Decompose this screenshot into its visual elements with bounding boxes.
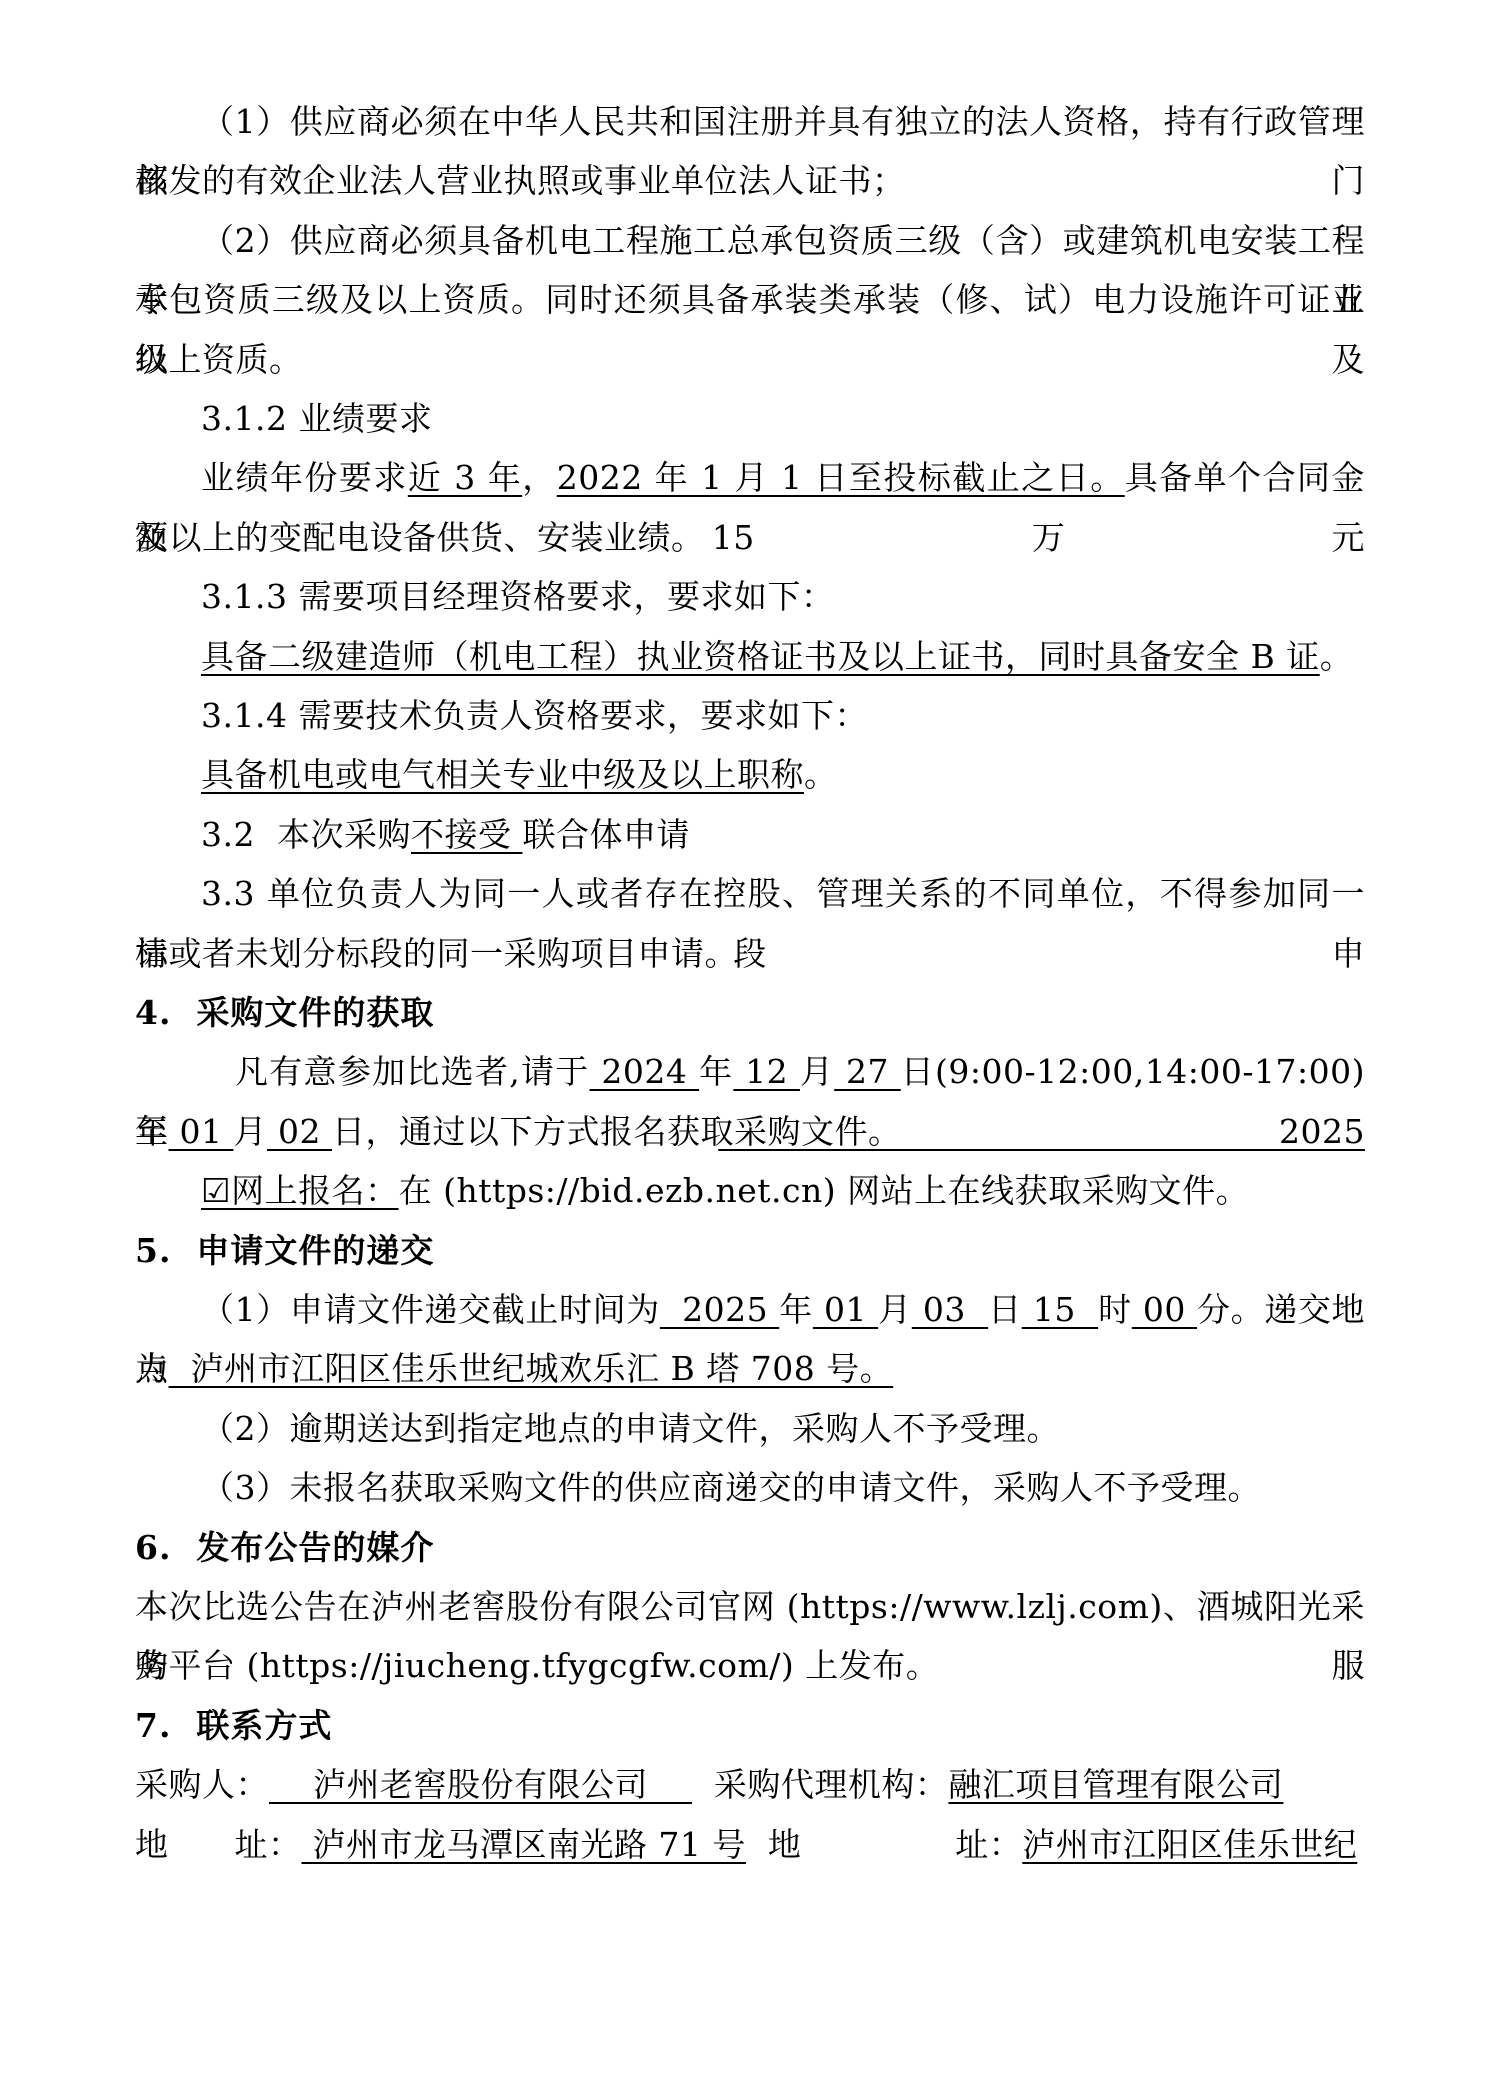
text-run: 。 bbox=[1320, 637, 1354, 676]
text-run: 及以上的变配电设备供货、安装业绩。 bbox=[135, 518, 705, 557]
text-run: 6. 发布公告的媒介 bbox=[135, 1528, 434, 1567]
text-run: 日 bbox=[988, 1290, 1022, 1329]
underlined-text: 近 3 年 bbox=[408, 458, 522, 497]
underlined-text: 泸州市江阳区佳乐世纪城欢乐汇 B 塔 708 号。 bbox=[169, 1349, 894, 1388]
underlined-text: 01 bbox=[813, 1290, 878, 1329]
heading-3-1-2: 3.1.2 业绩要求 bbox=[135, 389, 1365, 449]
text-run bbox=[692, 1765, 714, 1804]
underlined-text: 15 bbox=[1022, 1290, 1098, 1329]
para-supplier-qualification-2-cont: 承包资质三级及以上资质。同时还须具备承装类承装（修、试）电力设施许可证五级及 bbox=[135, 270, 1365, 330]
text-run: 5. 申请文件的递交 bbox=[135, 1231, 434, 1270]
para-announcement-platforms-cont: 务平台 (https://jiucheng.tfygcgfw.com/) 上发布… bbox=[135, 1636, 1365, 1696]
text-run: 。 bbox=[804, 755, 838, 794]
row-purchaser-and-agent: 采购人： 泸州老窖股份有限公司 采购代理机构：融汇项目管理有限公司 bbox=[135, 1755, 1365, 1815]
heading-6-announcement-media: 6. 发布公告的媒介 bbox=[135, 1518, 1365, 1578]
underlined-text: 01 bbox=[169, 1112, 234, 1151]
text-run: 业绩年份要求 bbox=[201, 458, 408, 497]
text-run: 7. 联系方式 bbox=[135, 1706, 332, 1745]
text-run: 时 bbox=[1098, 1290, 1132, 1329]
underlined-text: 03 bbox=[912, 1290, 988, 1329]
underlined-text: 不接受 bbox=[411, 815, 523, 854]
text-run: 3.1.3 需要项目经理资格要求，要求如下： bbox=[201, 577, 834, 616]
para-submission-deadline-cont: 为 泸州市江阳区佳乐世纪城欢乐汇 B 塔 708 号。 bbox=[135, 1339, 1365, 1399]
para-unregistered-rejection: （3）未报名获取采购文件的供应商递交的申请文件，采购人不予受理。 bbox=[135, 1458, 1365, 1518]
text-run: 采购代理机构： bbox=[714, 1765, 949, 1804]
para-supplier-qualification-2-cont2: 以上资质。 bbox=[135, 330, 1365, 390]
text-run: 3.1.4 需要技术负责人资格要求，要求如下： bbox=[201, 696, 868, 735]
clause-3-3-same-entity-cont: 请或者未划分标段的同一采购项目申请。 bbox=[135, 924, 1365, 984]
text-run: 月 bbox=[878, 1290, 912, 1329]
underlined-text: 具备机电或电气相关专业中级及以上职称 bbox=[201, 755, 804, 794]
text-run: 地 址： bbox=[135, 1825, 301, 1864]
para-performance-requirement: 业绩年份要求近 3 年，2022 年 1 月 1 日至投标截止之日。具备单个合同… bbox=[135, 448, 1365, 508]
document-page: （1）供应商必须在中华人民共和国注册并具有独立的法人资格，持有行政管理部门核发的… bbox=[0, 0, 1500, 2085]
para-supplier-qualification-2: （2）供应商必须具备机电工程施工总承包资质三级（含）或建筑机电安装工程专业 bbox=[135, 211, 1365, 271]
para-submission-deadline: （1）申请文件递交截止时间为 2025 年 01 月 03 日 15 时 00 … bbox=[135, 1280, 1365, 1340]
para-registration-period-cont: 年 01 月 02 日，通过以下方式报名获取采购文件。 bbox=[135, 1102, 1365, 1162]
clause-3-2-no-consortium: 3.2 本次采购不接受 联合体申请 bbox=[135, 805, 1365, 865]
para-overdue-rejection: （2）逾期送达到指定地点的申请文件，采购人不予受理。 bbox=[135, 1399, 1365, 1459]
text-run: 以上资质。 bbox=[135, 340, 303, 379]
underlined-text: 泸州市龙马潭区南光路 71 号 bbox=[301, 1825, 745, 1864]
text-run: 年 bbox=[779, 1290, 813, 1329]
underlined-text: 泸州老窖股份有限公司 bbox=[269, 1765, 692, 1804]
text-run: 联合体申请 bbox=[522, 815, 690, 854]
text-run: 在 (https://bid.ezb.net.cn) 网站上在线获取采购文件。 bbox=[399, 1171, 1250, 1210]
para-announcement-platforms: 本次比选公告在泸州老窖股份有限公司官网 (https://www.lzlj.co… bbox=[135, 1577, 1365, 1637]
para-project-manager-requirement: 具备二级建造师（机电工程）执业资格证书及以上证书，同时具备安全 B 证。 bbox=[135, 627, 1365, 687]
text-run: 请或者未划分标段的同一采购项目申请。 bbox=[135, 934, 738, 973]
text-run: 务平台 (https://jiucheng.tfygcgfw.com/) 上发布… bbox=[135, 1646, 939, 1685]
underlined-text: ☑网上报名： bbox=[201, 1171, 399, 1210]
para-supplier-qualification-1-cont: 核发的有效企业法人营业执照或事业单位法人证书； bbox=[135, 151, 1365, 211]
underlined-text: 12 bbox=[733, 1052, 800, 1091]
heading-3-1-3: 3.1.3 需要项目经理资格要求，要求如下： bbox=[135, 567, 1365, 627]
underlined-text: 02 bbox=[267, 1112, 332, 1151]
underlined-text: 2024 bbox=[590, 1052, 700, 1091]
text-run: 日，通过以下方式报名获取采购文件。 bbox=[332, 1112, 902, 1151]
clause-3-3-same-entity: 3.3 单位负责人为同一人或者存在控股、管理关系的不同单位，不得参加同一标段申 bbox=[135, 864, 1365, 924]
text-run: （1）申请文件递交截止时间为 bbox=[201, 1290, 660, 1329]
underlined-text: 2022 年 1 月 1 日至投标截止之日。 bbox=[557, 458, 1125, 497]
text-run: ， bbox=[522, 458, 556, 497]
underlined-text: 泸州市江阳区佳乐世纪 bbox=[1022, 1825, 1357, 1864]
row-addresses: 地 址： 泸州市龙马潭区南光路 71 号 地 址：泸州市江阳区佳乐世纪 bbox=[135, 1815, 1365, 1875]
text-run: （2）逾期送达到指定地点的申请文件，采购人不予受理。 bbox=[201, 1409, 1060, 1448]
para-performance-requirement-cont: 及以上的变配电设备供货、安装业绩。 bbox=[135, 508, 1365, 568]
heading-3-1-4: 3.1.4 需要技术负责人资格要求，要求如下： bbox=[135, 686, 1365, 746]
text-run: 核发的有效企业法人营业执照或事业单位法人证书； bbox=[135, 161, 906, 200]
text-run: 年 bbox=[135, 1112, 169, 1151]
underlined-text: 具备二级建造师（机电工程）执业资格证书及以上证书，同时具备安全 B 证 bbox=[201, 637, 1320, 676]
text-run: 凡有意参加比选者,请于 bbox=[235, 1052, 590, 1091]
text-run: 年 bbox=[699, 1052, 733, 1091]
text-run: 采购人： bbox=[135, 1765, 269, 1804]
text-run: 3.1.2 业绩要求 bbox=[201, 399, 432, 438]
para-online-registration: ☑网上报名：在 (https://bid.ezb.net.cn) 网站上在线获取… bbox=[135, 1161, 1365, 1221]
underlined-text: 2025 bbox=[660, 1290, 779, 1329]
heading-4-document-acquisition: 4. 采购文件的获取 bbox=[135, 983, 1365, 1043]
para-supplier-qualification-1: （1）供应商必须在中华人民共和国注册并具有独立的法人资格，持有行政管理部门 bbox=[135, 92, 1365, 152]
text-run: （3）未报名获取采购文件的供应商递交的申请文件，采购人不予受理。 bbox=[201, 1468, 1261, 1507]
para-registration-period: 凡有意参加比选者,请于 2024 年 12 月 27 日(9:00-12:00,… bbox=[135, 1042, 1365, 1102]
underlined-text: 27 bbox=[834, 1052, 901, 1091]
text-run: 月 bbox=[233, 1112, 267, 1151]
heading-5-submission: 5. 申请文件的递交 bbox=[135, 1221, 1365, 1281]
underlined-text: 00 bbox=[1132, 1290, 1197, 1329]
text-run: 为 bbox=[135, 1349, 169, 1388]
underlined-text: 融汇项目管理有限公司 bbox=[948, 1765, 1283, 1804]
text-run: 月 bbox=[800, 1052, 834, 1091]
heading-7-contact: 7. 联系方式 bbox=[135, 1696, 1365, 1756]
para-technical-lead-requirement: 具备机电或电气相关专业中级及以上职称。 bbox=[135, 745, 1365, 805]
text-run: 4. 采购文件的获取 bbox=[135, 993, 434, 1032]
text-run: 地 址： bbox=[746, 1825, 1022, 1864]
text-run: 3.2 本次采购 bbox=[201, 815, 411, 854]
